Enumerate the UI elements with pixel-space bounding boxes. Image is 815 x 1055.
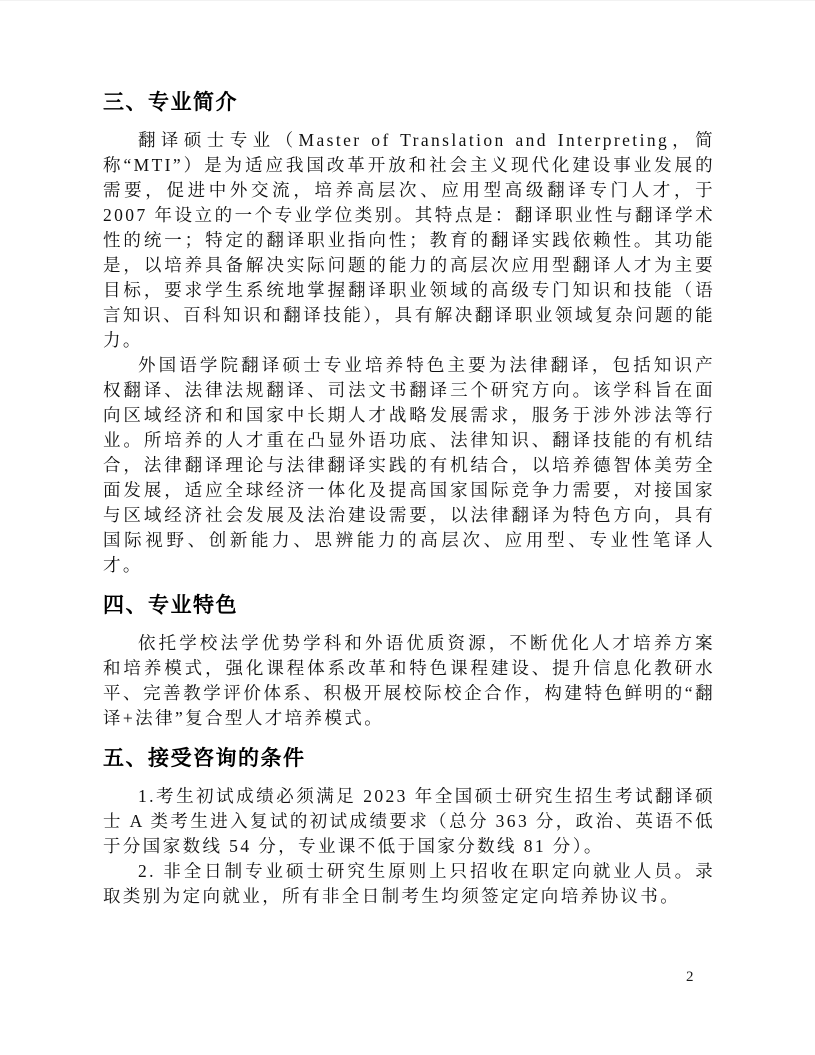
section-5-paragraph-1: 1.考生初试成绩必须满足 2023 年全国硕士研究生招生考试翻译硕士 A 类考生… xyxy=(103,784,715,859)
document-content: 三、专业简介 翻译硕士专业（Master of Translation and … xyxy=(103,89,715,909)
section-5-heading: 五、接受咨询的条件 xyxy=(103,745,715,772)
section-3-paragraph-1: 翻译硕士专业（Master of Translation and Interpr… xyxy=(103,128,715,353)
section-5-paragraph-2: 2. 非全日制专业硕士研究生原则上只招收在职定向就业人员。录取类别为定向就业，所… xyxy=(103,859,715,909)
section-4-paragraph-1: 依托学校法学优势学科和外语优质资源，不断优化人才培养方案和培养模式，强化课程体系… xyxy=(103,631,715,731)
document-page: 三、专业简介 翻译硕士专业（Master of Translation and … xyxy=(0,0,815,1055)
section-4-heading: 四、专业特色 xyxy=(103,592,715,619)
section-3-paragraph-2: 外国语学院翻译硕士专业培养特色主要为法律翻译，包括知识产权翻译、法律法规翻译、司… xyxy=(103,353,715,578)
page-number: 2 xyxy=(686,969,694,986)
section-3-heading: 三、专业简介 xyxy=(103,89,715,116)
